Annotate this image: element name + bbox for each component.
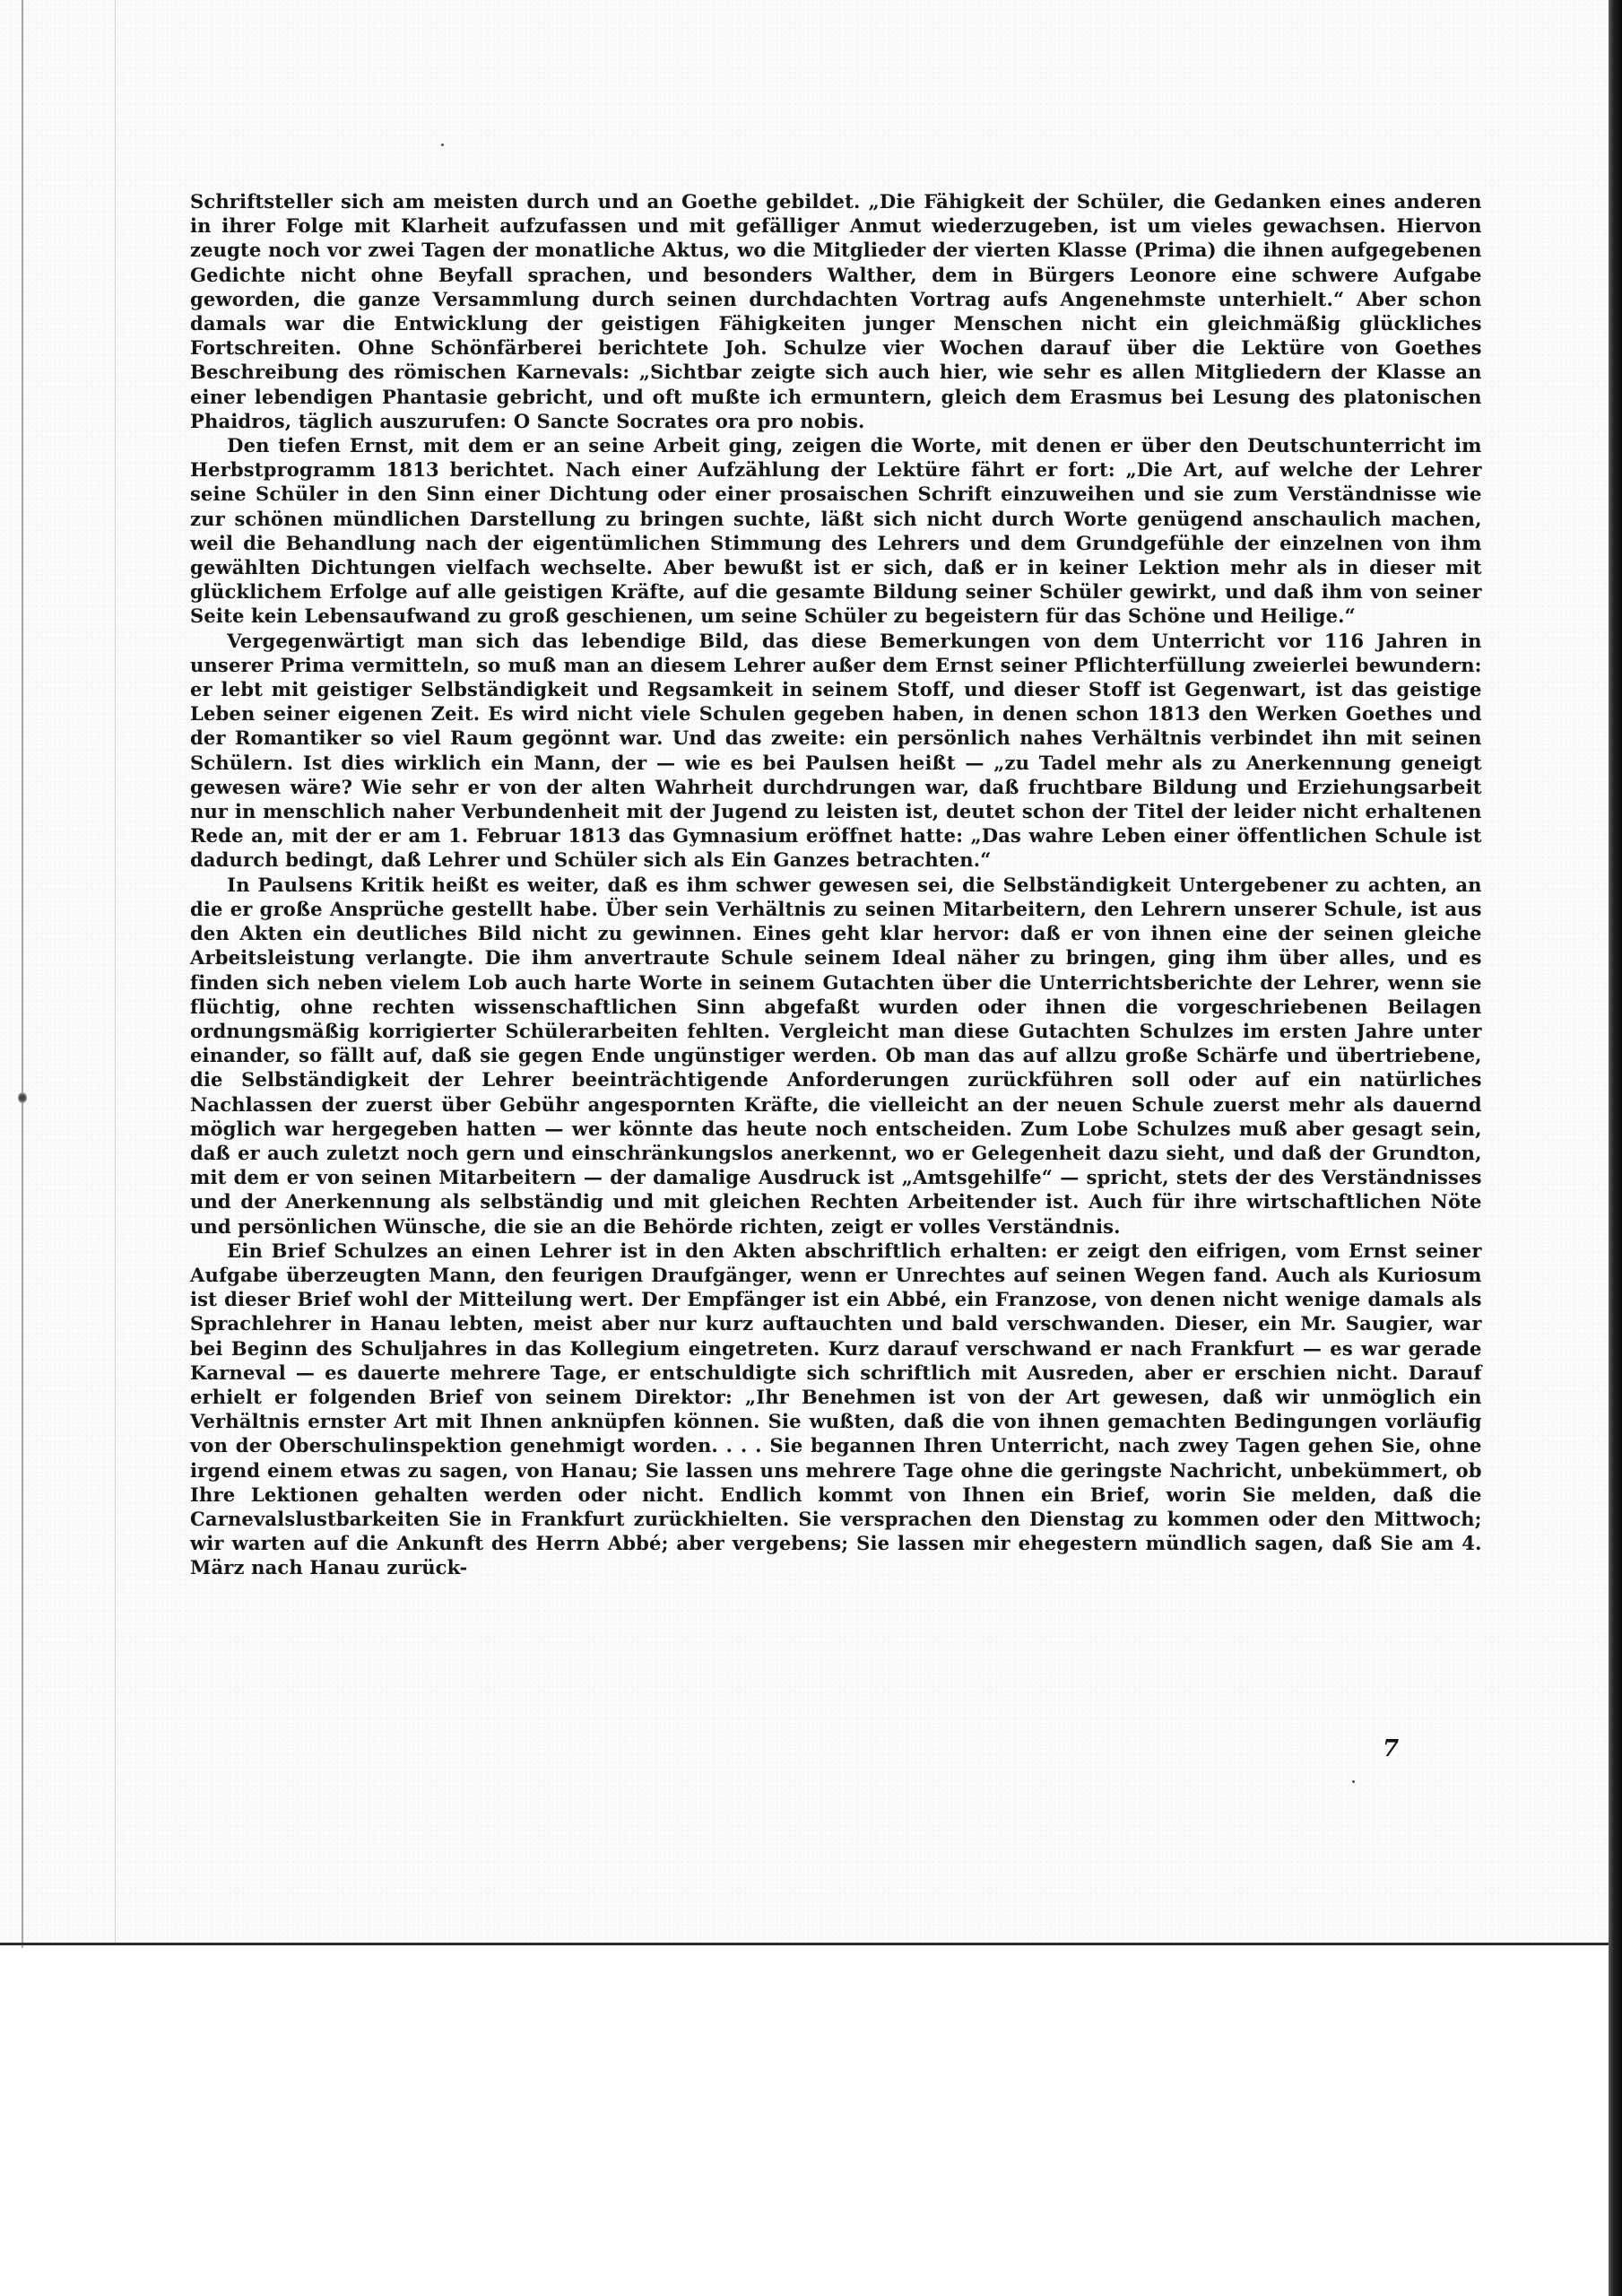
paragraph: In Paulsens Kritik heißt es weiter, daß … <box>190 874 1482 1239</box>
body-text: Schriftsteller sich am meisten durch und… <box>190 190 1482 1581</box>
page-number: 7 <box>1383 1735 1399 1762</box>
paragraph: Vergegenwärtigt man sich das lebendige B… <box>190 630 1482 874</box>
punch-hole-mark <box>18 1092 27 1103</box>
scanned-page: Schriftsteller sich am meisten durch und… <box>0 0 1614 1945</box>
page-inner-fold-line <box>115 0 116 1946</box>
paragraph: Den tiefen Ernst, mit dem er an seine Ar… <box>190 434 1482 630</box>
page-fold-line <box>22 0 23 1948</box>
paragraph: Schriftsteller sich am meisten durch und… <box>190 190 1482 434</box>
paragraph: Ein Brief Schulzes an einen Lehrer ist i… <box>190 1239 1482 1581</box>
scanner-edge-shadow <box>1609 0 1622 2296</box>
scan-speck <box>441 143 444 146</box>
scan-speck <box>1352 1780 1355 1783</box>
